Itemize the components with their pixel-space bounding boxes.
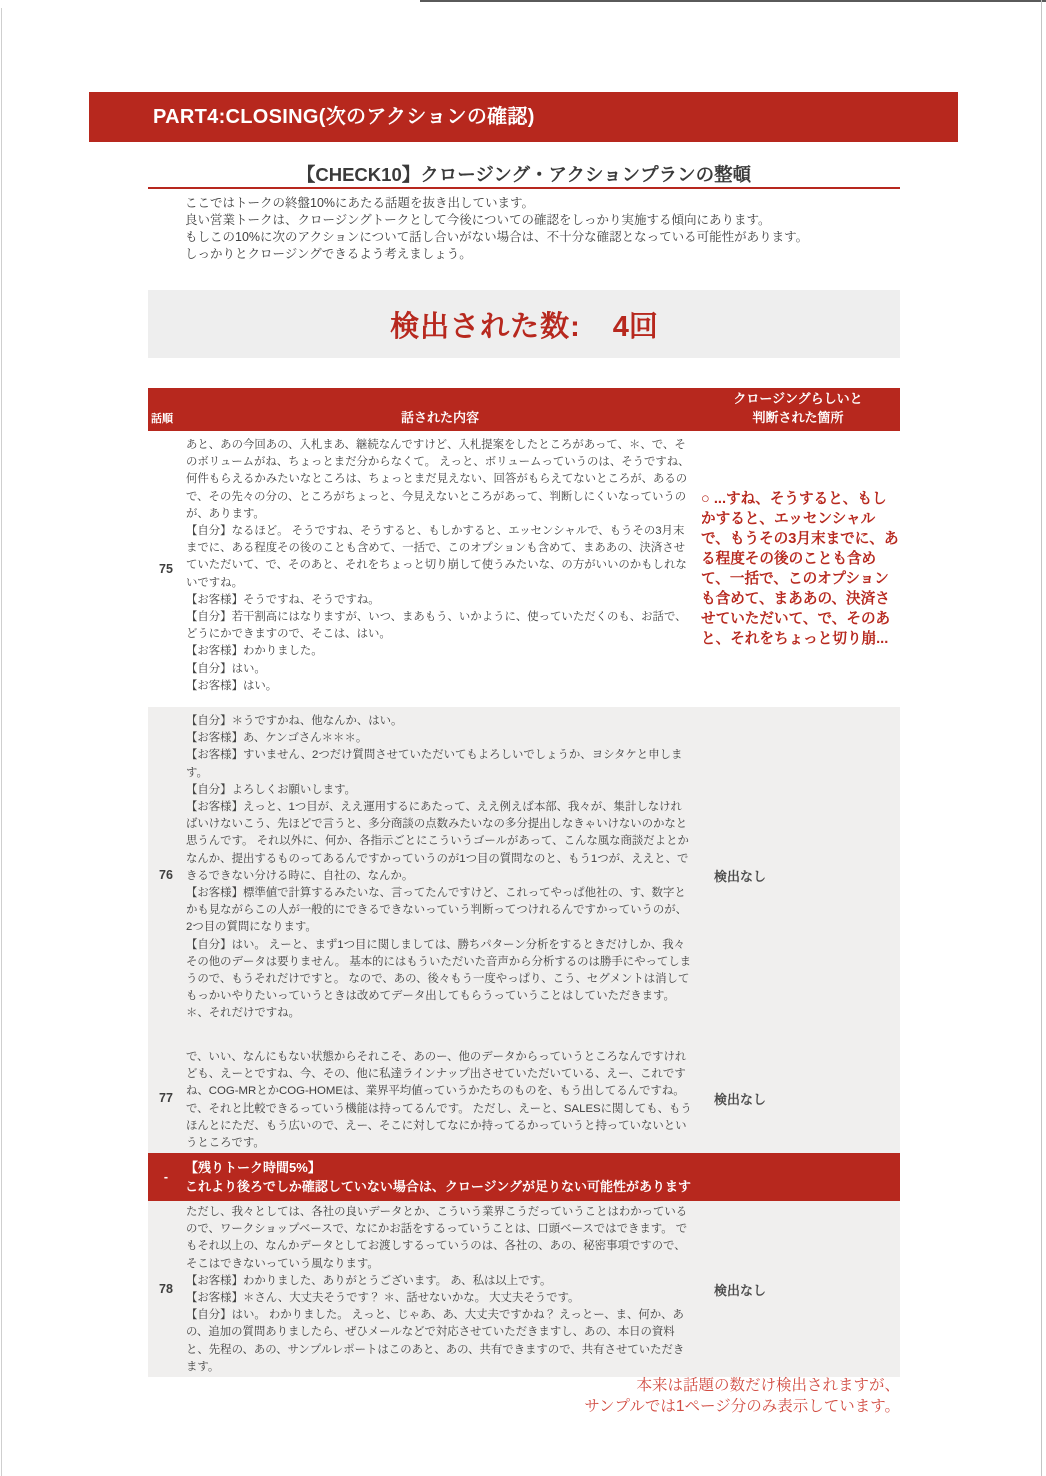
row-judged-cell: 検出なし <box>696 1201 900 1377</box>
judged-none-text: 検出なし <box>701 1280 766 1299</box>
row-judged-cell: 検出なし <box>696 1043 900 1153</box>
banner-text: 【残りトーク時間5%】 これより後ろでしか確認していない場合は、クロージングが足… <box>184 1153 900 1201</box>
table-row: 78 ただし、我々としては、各社の良いデータとか、こういう業界こうだっていうこと… <box>148 1201 900 1377</box>
top-edge-strip <box>420 0 1046 2</box>
judged-none-text: 検出なし <box>701 1089 766 1108</box>
page-left-border <box>1 8 2 1476</box>
header-content: 話された内容 <box>184 388 696 431</box>
row-order: 76 <box>148 707 184 1043</box>
detected-count-label: 検出された数: <box>390 304 581 345</box>
judged-none-text: 検出なし <box>701 866 766 885</box>
table-row: 77 で、いい、なんにもない状態からそれこそ、あのー、他のデータからっていうとこ… <box>148 1043 900 1153</box>
row-order: 75 <box>148 431 184 707</box>
intro-text: ここではトークの終盤10%にあたる話題を抜き出しています。 良い営業トークは、ク… <box>185 195 895 263</box>
row-content: あと、あの今回あの、入札まあ、継続なんですけど、入札提案をしたところがあって、＊… <box>184 431 696 707</box>
report-page: PART4:CLOSING(次のアクションの確認) 【CHECK10】クロージン… <box>0 0 1046 1476</box>
closing-table: 話順 話された内容 クロージングらしいと 判断された箇所 75 あと、あの今回あ… <box>148 388 900 1377</box>
check-title: 【CHECK10】クロージング・アクションプランの整頓 <box>148 161 900 187</box>
row-content: ただし、我々としては、各社の良いデータとか、こういう業界こうだっていうことはわか… <box>184 1201 696 1377</box>
row-order: 77 <box>148 1043 184 1153</box>
part-header: PART4:CLOSING(次のアクションの確認) <box>89 92 958 142</box>
page-right-border <box>1041 0 1042 1476</box>
header-order: 話順 <box>148 388 184 431</box>
header-judged: クロージングらしいと 判断された箇所 <box>696 388 900 431</box>
table-header-row: 話順 話された内容 クロージングらしいと 判断された箇所 <box>148 388 900 431</box>
judged-highlight-text: ○ ...すね、そうすると、もしかすると、エッセンシャルで、もうその3月末までに… <box>701 489 900 649</box>
title-divider <box>148 187 900 189</box>
row-order: 78 <box>148 1201 184 1377</box>
row-judged-cell: ○ ...すね、そうすると、もしかすると、エッセンシャルで、もうその3月末までに… <box>696 431 900 707</box>
sample-footnote: 本来は話題の数だけ検出されますが、 サンプルでは1ページ分のみ表示しています。 <box>340 1376 900 1417</box>
remaining-time-banner-row: - 【残りトーク時間5%】 これより後ろでしか確認していない場合は、クロージング… <box>148 1153 900 1201</box>
row-order: - <box>148 1153 184 1201</box>
row-content: で、いい、なんにもない状態からそれこそ、あのー、他のデータからっていうところなん… <box>184 1043 696 1153</box>
detected-count-value: 4回 <box>613 304 658 345</box>
table-row: 75 あと、あの今回あの、入札まあ、継続なんですけど、入札提案をしたところがあっ… <box>148 431 900 707</box>
detected-count-box: 検出された数: 4回 <box>148 290 900 358</box>
row-judged-cell: 検出なし <box>696 707 900 1043</box>
row-content: 【自分】＊うですかね、他なんか、はい。 【お客様】あ、ケンゴさん＊＊＊。 【お客… <box>184 707 696 1043</box>
table-row: 76 【自分】＊うですかね、他なんか、はい。 【お客様】あ、ケンゴさん＊＊＊。 … <box>148 707 900 1043</box>
